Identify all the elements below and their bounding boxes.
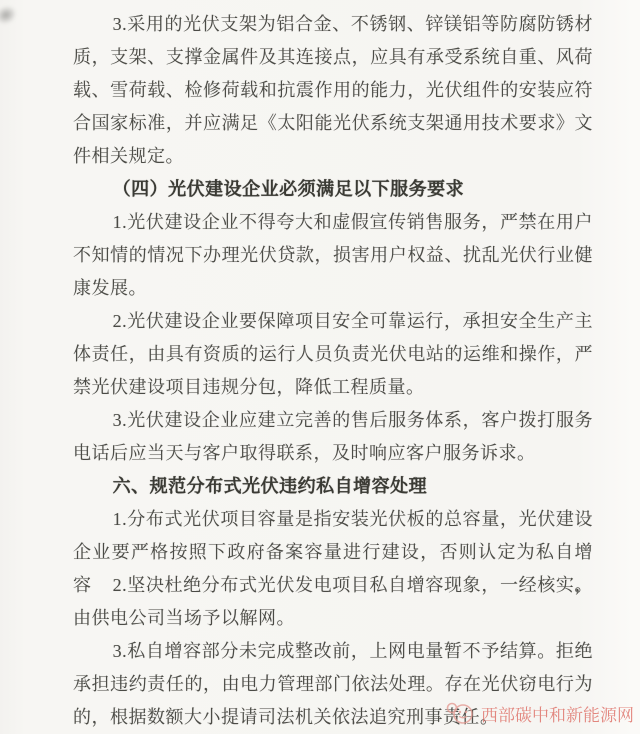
doc-line: 3.光伏建设企业应建立完善的售后服务体系，客户拨打服务 (73, 404, 593, 437)
doc-line: 体责任，由具有资质的运行人员负责光伏电站的运维和操作，严 (73, 338, 593, 371)
doc-line: 3.采用的光伏支架为铝合金、不锈钢、锌镁铝等防腐防锈材 (73, 8, 593, 41)
doc-line: 不知情的情况下办理光伏贷款，损害用户权益、扰乱光伏行业健 (73, 239, 593, 272)
doc-line: 企业要严格按照下政府备案容量进行建设，否则认定为私自增容。 (73, 536, 593, 569)
doc-line: 1.分布式光伏项目容量是指安装光伏板的总容量，光伏建设 (73, 503, 593, 536)
document-page: 3.采用的光伏支架为铝合金、不锈钢、锌镁铝等防腐防锈材 质，支架、支撑金属件及其… (0, 0, 640, 734)
doc-line: 质，支架、支撑金属件及其连接点，应具有承受系统自重、风荷 (73, 41, 593, 74)
doc-line: 的，根据数额大小提请司法机关依法追究刑事责任。 (73, 701, 593, 734)
doc-line: 由供电公司当场予以解网。 (73, 602, 593, 635)
doc-heading-section-4: （四）光伏建设企业必须满足以下服务要求 (73, 173, 593, 206)
doc-line: 1.光伏建设企业不得夸大和虚假宣传销售服务，严禁在用户 (73, 206, 593, 239)
doc-line: 承担违约责任的，由电力管理部门依法处理。存在光伏窃电行为 (73, 668, 593, 701)
document-body: 3.采用的光伏支架为铝合金、不锈钢、锌镁铝等防腐防锈材 质，支架、支撑金属件及其… (0, 0, 640, 734)
doc-line: 载、雪荷载、检修荷载和抗震作用的能力，光伏组件的安装应符 (73, 74, 593, 107)
doc-line: 2.坚决杜绝分布式光伏发电项目私自增容现象，一经核实， (73, 569, 593, 602)
doc-line: 禁光伏建设项目违规分包，降低工程质量。 (73, 371, 593, 404)
doc-line: 合国家标准，并应满足《太阳能光伏系统支架通用技术要求》文 (73, 107, 593, 140)
doc-line: 2.光伏建设企业要保障项目安全可靠运行，承担安全生产主 (73, 305, 593, 338)
doc-line: 件相关规定。 (73, 140, 593, 173)
doc-line: 电话后应当天与客户取得联系，及时响应客户服务诉求。 (73, 437, 593, 470)
doc-line: 3.私自增容部分未完成整改前，上网电量暂不予结算。拒绝 (73, 635, 593, 668)
doc-heading-section-6: 六、规范分布式光伏违约私自增容处理 (73, 470, 593, 503)
doc-line: 康发展。 (73, 272, 593, 305)
